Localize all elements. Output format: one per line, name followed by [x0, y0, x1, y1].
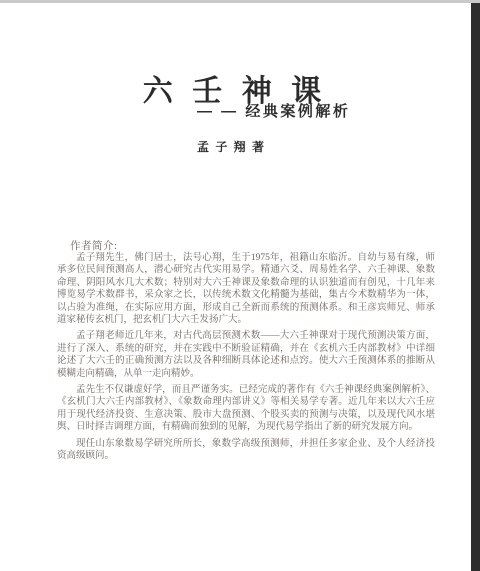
top-border-line	[0, 0, 480, 3]
right-edge-shadow-bar	[471, 3, 480, 571]
bio-paragraph-4: 现任山东象数易学研究所所长，象数学高级预测师，并担任多家企业、及个人经济投资高级…	[57, 438, 435, 463]
book-subtitle: — — 经典案例解析	[197, 100, 350, 121]
author-byline: 孟 子 翔 著	[197, 138, 266, 155]
author-intro-heading: 作者简介:	[70, 238, 117, 253]
bio-paragraph-3: 孟先生不仅谦虚好学，而且严谨务实。已经完成的著作有《六壬神课经典案例解析》、《玄…	[57, 384, 435, 434]
author-bio-section: 孟子翔先生，佛门居士，法号心翔，生于1975年，祖籍山东临沂。自幼与易有缘，师承…	[57, 252, 435, 463]
bio-paragraph-1: 孟子翔先生，佛门居士，法号心翔，生于1975年，祖籍山东临沂。自幼与易有缘，师承…	[57, 252, 435, 326]
bio-paragraph-2: 孟子翔老师近几年来，对古代高层预测术数——大六壬神课对于现代预测决策方面，进行了…	[57, 330, 435, 380]
book-page: 六 壬 神 课 — — 经典案例解析 孟 子 翔 著 作者简介: 孟子翔先生，佛…	[0, 0, 480, 571]
